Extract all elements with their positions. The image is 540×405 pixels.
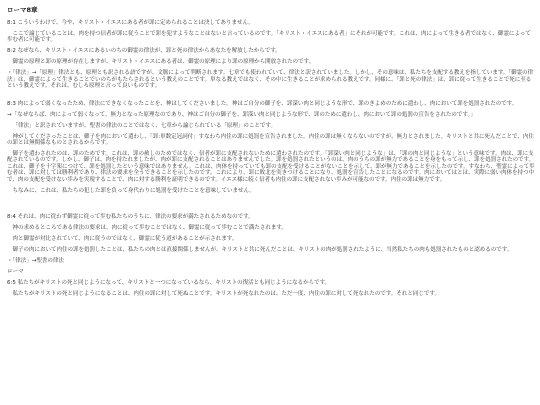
page-title: ローマ8章 [7,7,535,14]
note-law-scripture: ・「律法」→聖書の律法 [7,258,535,264]
commentary-8-4-c: 御子の肉において内住の罪を処罰したことは、私たちの肉とは直接関係しませんが、キリ… [7,247,535,253]
note-law-principle: ・「律法」→「原理」律法とも、原理とも訳される語ですが、文脈によって判断されます… [7,70,535,89]
commentary-6-5: 私たちがキリストの死と同じようになることは、内住の罪に対して死ぬことです。キリス… [7,291,535,297]
verse-8-2: 8:2 なぜなら、キリスト・イエスにあるいのちの御霊の律法が、罪と死の律法からあ… [7,48,535,54]
commentary-8-3-d: ちなみに、これは、私たちの犯した罪を負って身代わりに処罰を受けたことを意味してい… [7,188,535,194]
commentary-8-4-b: 肉と御霊が対比されていて、肉に従うのではなく、御霊に従う道があることが示されます… [7,236,535,242]
verse-6-5: 6:5 私たちがキリストの死と同じようになって、キリストと一つになっているなら、… [7,280,535,286]
commentary-8-2: 御霊の原理と罪の原理が存在しますが、キリスト・イエスにある者は、御霊の原理により… [7,59,535,65]
retranslation-8-3: →「なぜならば、肉によって弱くなって、無力となった原理なのであり、神はご自分の御… [7,112,535,118]
document-page: ローマ8章 8:1 こういうわけで、今や、キリスト・イエスにある者が罪に定められ… [0,0,540,405]
book-label-romans: ローマ [7,269,535,275]
commentary-8-3-c: 御子を遣わされたのは、罪のためです。これは、罪の赦しのためではなく、信者が罪に支… [7,151,535,183]
verse-8-4: 8:4 それは、肉に従わず御霊に従って歩む私たちのうちに、律法の要求が満たされる… [7,214,535,220]
commentary-8-3-a: 「律法」と訳されていますが、聖書の律法のことではなく、七章から論じられている「原… [7,123,535,129]
verse-8-1: 8:1 こういうわけで、今や、キリスト・イエスにある者が罪に定められることは決し… [7,20,535,26]
commentary-8-3-b: 神がしてくださったことは、御子を肉において遣わし、「罪:単数定冠詞付」すなわち内… [7,134,535,147]
commentary-8-1: ここで論じていることは、肉を持つ信者が罪に従うことで罪を犯すようなことはないと言… [7,31,535,44]
commentary-8-4-a: 神の求めるところである律法の要求は、肉に従って歩むことではなく、御霊に従って歩む… [7,225,535,231]
verse-8-3: 8:3 肉によって弱くなったため、律法にできなくなったことを、神はしてくださいま… [7,101,535,107]
